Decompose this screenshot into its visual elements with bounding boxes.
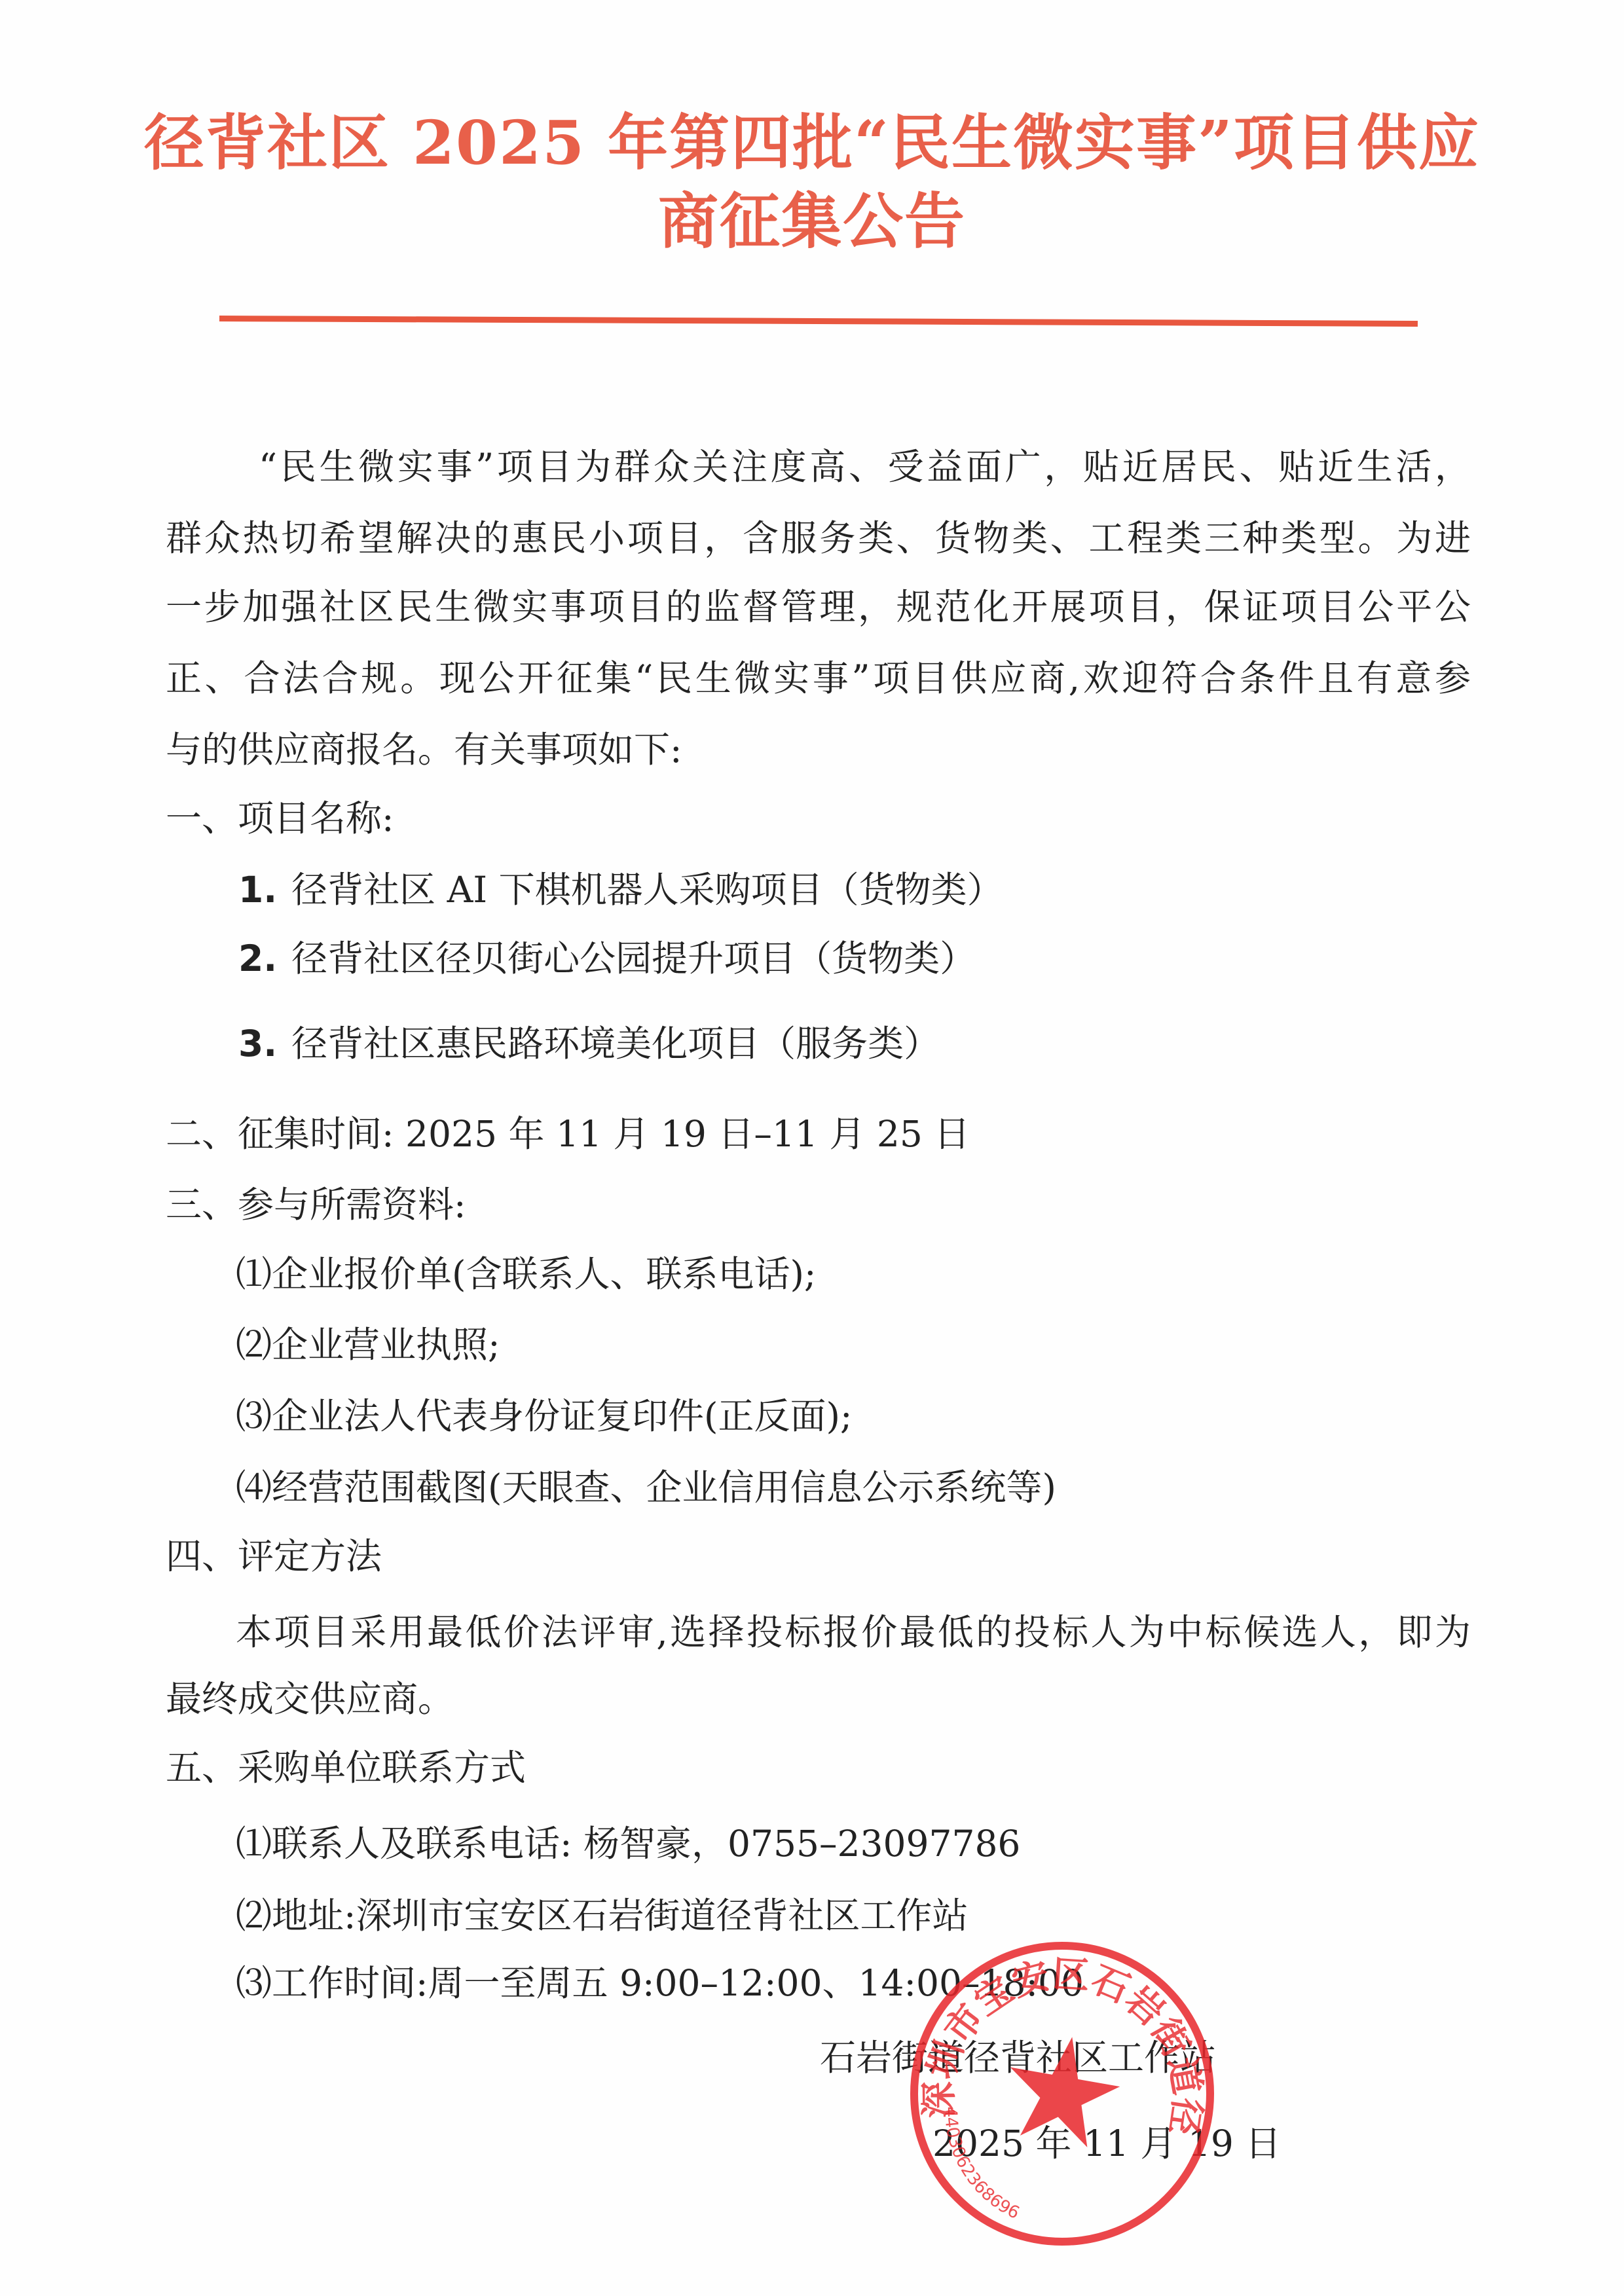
- official-seal-icon: 深圳市宝安区石岩街道径背社区工作站 4403062368696: [906, 1938, 1218, 2250]
- project-item-2: 2.径背社区径贝街心公园提升项目（货物类）: [238, 936, 976, 981]
- evaluation-line-2: 最终成交供应商。: [166, 1676, 454, 1722]
- intro-line-2: 群众热切希望解决的惠民小项目，含服务类、货物类、工程类三种类型。为进: [166, 515, 1471, 561]
- section-5-heading: 五、采购单位联系方式: [166, 1745, 526, 1791]
- contact-person-phone: ⑴联系人及联系电话: 杨智豪，0755–23097786: [236, 1821, 1020, 1867]
- intro-line-3: 一步加强社区民生微实事项目的监督管理，规范化开展项目，保证项目公平公: [166, 584, 1471, 630]
- required-material-3: ⑶企业法人代表身份证复印件(正反面);: [236, 1393, 852, 1439]
- project-item-1-text: 径背社区 AI 下棋机器人采购项目（货物类）: [291, 869, 1003, 911]
- svg-text:4403062368696: 4403062368696: [940, 2107, 1022, 2223]
- project-item-3-text: 径背社区惠民路环境美化项目（服务类）: [291, 1023, 940, 1065]
- project-item-2-text: 径背社区径贝街心公园提升项目（货物类）: [291, 938, 976, 979]
- seal-code: 4403062368696: [940, 2107, 1022, 2223]
- required-material-4: ⑷经营范围截图(天眼查、企业信用信息公示系统等): [236, 1465, 1056, 1510]
- project-item-3: 3.径背社区惠民路环境美化项目（服务类）: [238, 1021, 940, 1066]
- intro-line-1: “民生微实事”项目为群众关注度高、受益面广，贴近居民、贴近生活，: [259, 444, 1471, 490]
- required-material-1: ⑴企业报价单(含联系人、联系电话);: [236, 1251, 816, 1297]
- intro-line-4: 正、合法合规。现公开征集“民生微实事”项目供应商,欢迎符合条件且有意参: [166, 655, 1471, 701]
- project-item-3-number: 3.: [238, 1023, 277, 1065]
- document-title-line-2: 商征集公告: [0, 189, 1624, 254]
- section-3-heading: 三、参与所需资料:: [166, 1182, 466, 1228]
- project-item-1-number: 1.: [238, 869, 277, 911]
- section-2-collection-period: 二、征集时间: 2025 年 11 月 19 日–11 月 25 日: [166, 1111, 970, 1157]
- project-item-2-number: 2.: [238, 938, 277, 979]
- title-divider-rule: [219, 316, 1418, 327]
- evaluation-line-1: 本项目采用最低价法评审,选择投标报价最低的投标人为中标候选人，即为: [236, 1609, 1471, 1655]
- section-4-heading: 四、评定方法: [166, 1533, 382, 1579]
- contact-address: ⑵地址:深圳市宝安区石岩街道径背社区工作站: [236, 1893, 969, 1939]
- intro-line-5: 与的供应商报名。有关事项如下:: [166, 727, 682, 773]
- section-1-heading: 一、项目名称:: [166, 795, 394, 841]
- project-item-1: 1.径背社区 AI 下棋机器人采购项目（货物类）: [238, 867, 1003, 913]
- document-title-line-1: 径背社区 2025 年第四批“民生微实事”项目供应: [0, 110, 1624, 175]
- announcement-page: 径背社区 2025 年第四批“民生微实事”项目供应 商征集公告 “民生微实事”项…: [0, 0, 1624, 2296]
- required-material-2: ⑵企业营业执照;: [236, 1322, 500, 1368]
